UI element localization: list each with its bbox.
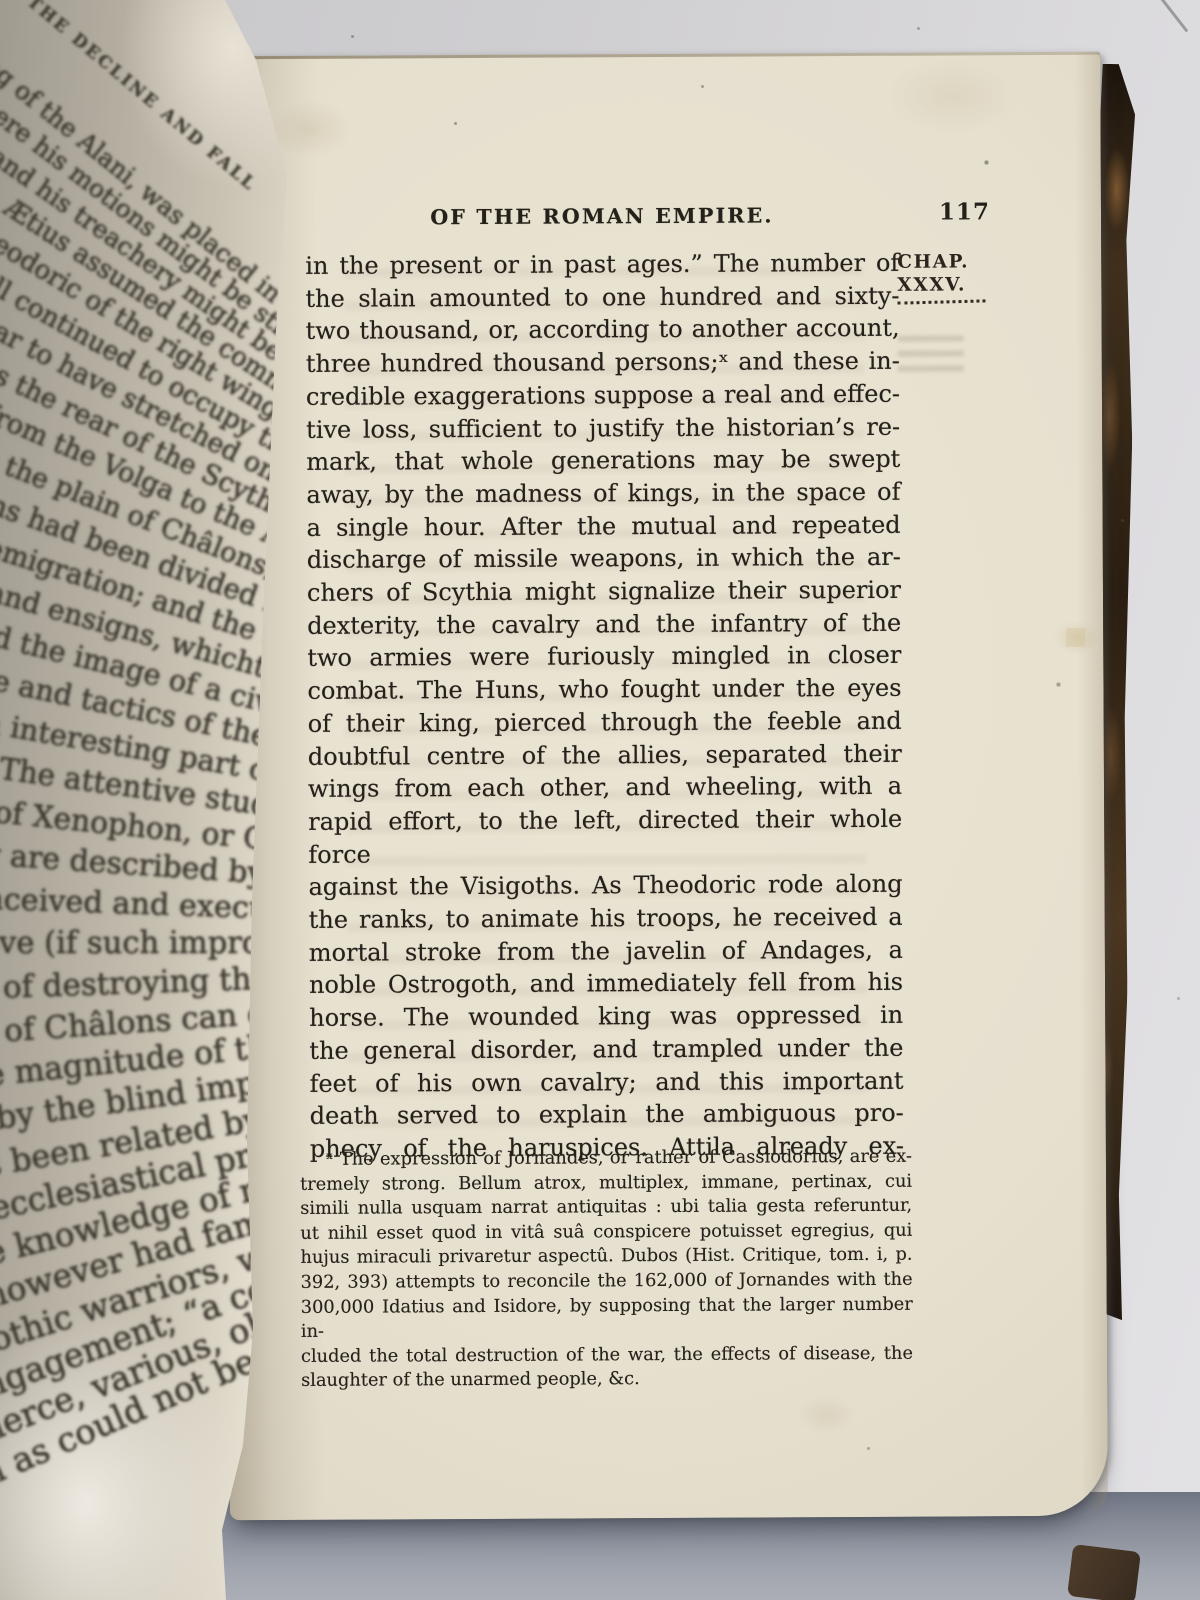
body-line: horse. The wounded king was oppressed in <box>309 999 903 1035</box>
footnote-line: ut nihil esset quod in vitâ suâ conspice… <box>300 1218 912 1246</box>
body-line: noble Ostrogoth, and immediately fell fr… <box>309 966 903 1002</box>
body-line: away, by the madness of kings, in the sp… <box>306 476 900 512</box>
dotted-rule <box>897 299 985 304</box>
body-line: discharge of missile weapons, in which t… <box>307 541 901 577</box>
body-line: of their king, pierced through the feebl… <box>308 705 902 741</box>
body-line: death served to explain the ambiguous pr… <box>310 1097 904 1133</box>
body-line: in the present or in past ages.” The num… <box>305 247 899 283</box>
chapter-label-line2: XXXV. <box>897 273 1007 297</box>
body-line: mark, that whole generations may be swep… <box>306 443 900 479</box>
body-line: dexterity, the cavalry and the infantry … <box>307 606 901 642</box>
right-page: OF THE ROMAN EMPIRE. 117 CHAP. XXXV. in … <box>222 52 1108 1521</box>
fabric-crease-mark <box>1152 0 1189 32</box>
body-line: chers of Scythia might signalize their s… <box>307 574 901 610</box>
body-line: the ranks, to animate his troops, he rec… <box>309 901 903 937</box>
body-line: two thousand, or, according to another a… <box>306 312 900 348</box>
footnote-line: ˣ The expression of Jornandes, or rather… <box>300 1145 912 1173</box>
body-text: in the present or in past ages.” The num… <box>305 247 904 1166</box>
book-spine-bottom <box>1067 1544 1141 1600</box>
body-line: mortal stroke from the javelin of Andage… <box>309 934 903 970</box>
body-line: two armies were furiously mingled in clo… <box>307 639 901 675</box>
chapter-marginal: CHAP. XXXV. <box>897 250 1008 372</box>
body-line: tive loss, sufficient to justify the his… <box>306 410 900 446</box>
footnote: ˣ The expression of Jornandes, or rather… <box>300 1145 913 1394</box>
body-line: the general disorder, and trampled under… <box>309 1032 903 1068</box>
footnote-line: simili nulla usquam narrat antiquitas : … <box>300 1194 912 1222</box>
body-line: wings from each other, and wheeling, wit… <box>308 770 902 806</box>
footnote-line: 300,000 Idatius and Isidore, by supposin… <box>301 1292 913 1344</box>
running-head: OF THE ROMAN EMPIRE. <box>430 203 774 229</box>
page-number: 117 <box>939 198 990 225</box>
footnote-line: hujus miraculi privaretur aspectû. Dubos… <box>300 1243 912 1271</box>
body-line: the slain amounted to one hundred and si… <box>305 279 899 315</box>
marginal-bleed-ghost <box>898 329 964 371</box>
body-line: rapid effort, to the left, directed thei… <box>308 803 902 872</box>
body-line: a single hour. After the mutual and repe… <box>307 508 901 544</box>
body-line: against the Visigoths. As Theodoric rode… <box>308 868 902 904</box>
body-line: three hundred thousand persons;ˣ and the… <box>306 345 900 381</box>
chapter-label-line1: CHAP. <box>897 250 1007 274</box>
body-line: feet of his own cavalry; and this import… <box>309 1064 903 1100</box>
footnote-line: cluded the total destruction of the war,… <box>301 1341 913 1369</box>
dust-specks <box>0 0 1 1</box>
footnote-line: tremely strong. Bellum atrox, multiplex,… <box>300 1169 912 1197</box>
book-photo: OF THE ROMAN EMPIRE. 117 CHAP. XXXV. in … <box>0 0 1200 1600</box>
footnote-line: 392, 393) attempts to reconcile the 162,… <box>301 1268 913 1296</box>
body-line: combat. The Huns, who fought under the e… <box>307 672 901 708</box>
body-line: credible exaggerations suppose a real an… <box>306 378 900 414</box>
footnote-line: slaughter of the unarmed people, &c. <box>301 1366 913 1394</box>
body-line: doubtful centre of the allies, separated… <box>308 737 902 773</box>
